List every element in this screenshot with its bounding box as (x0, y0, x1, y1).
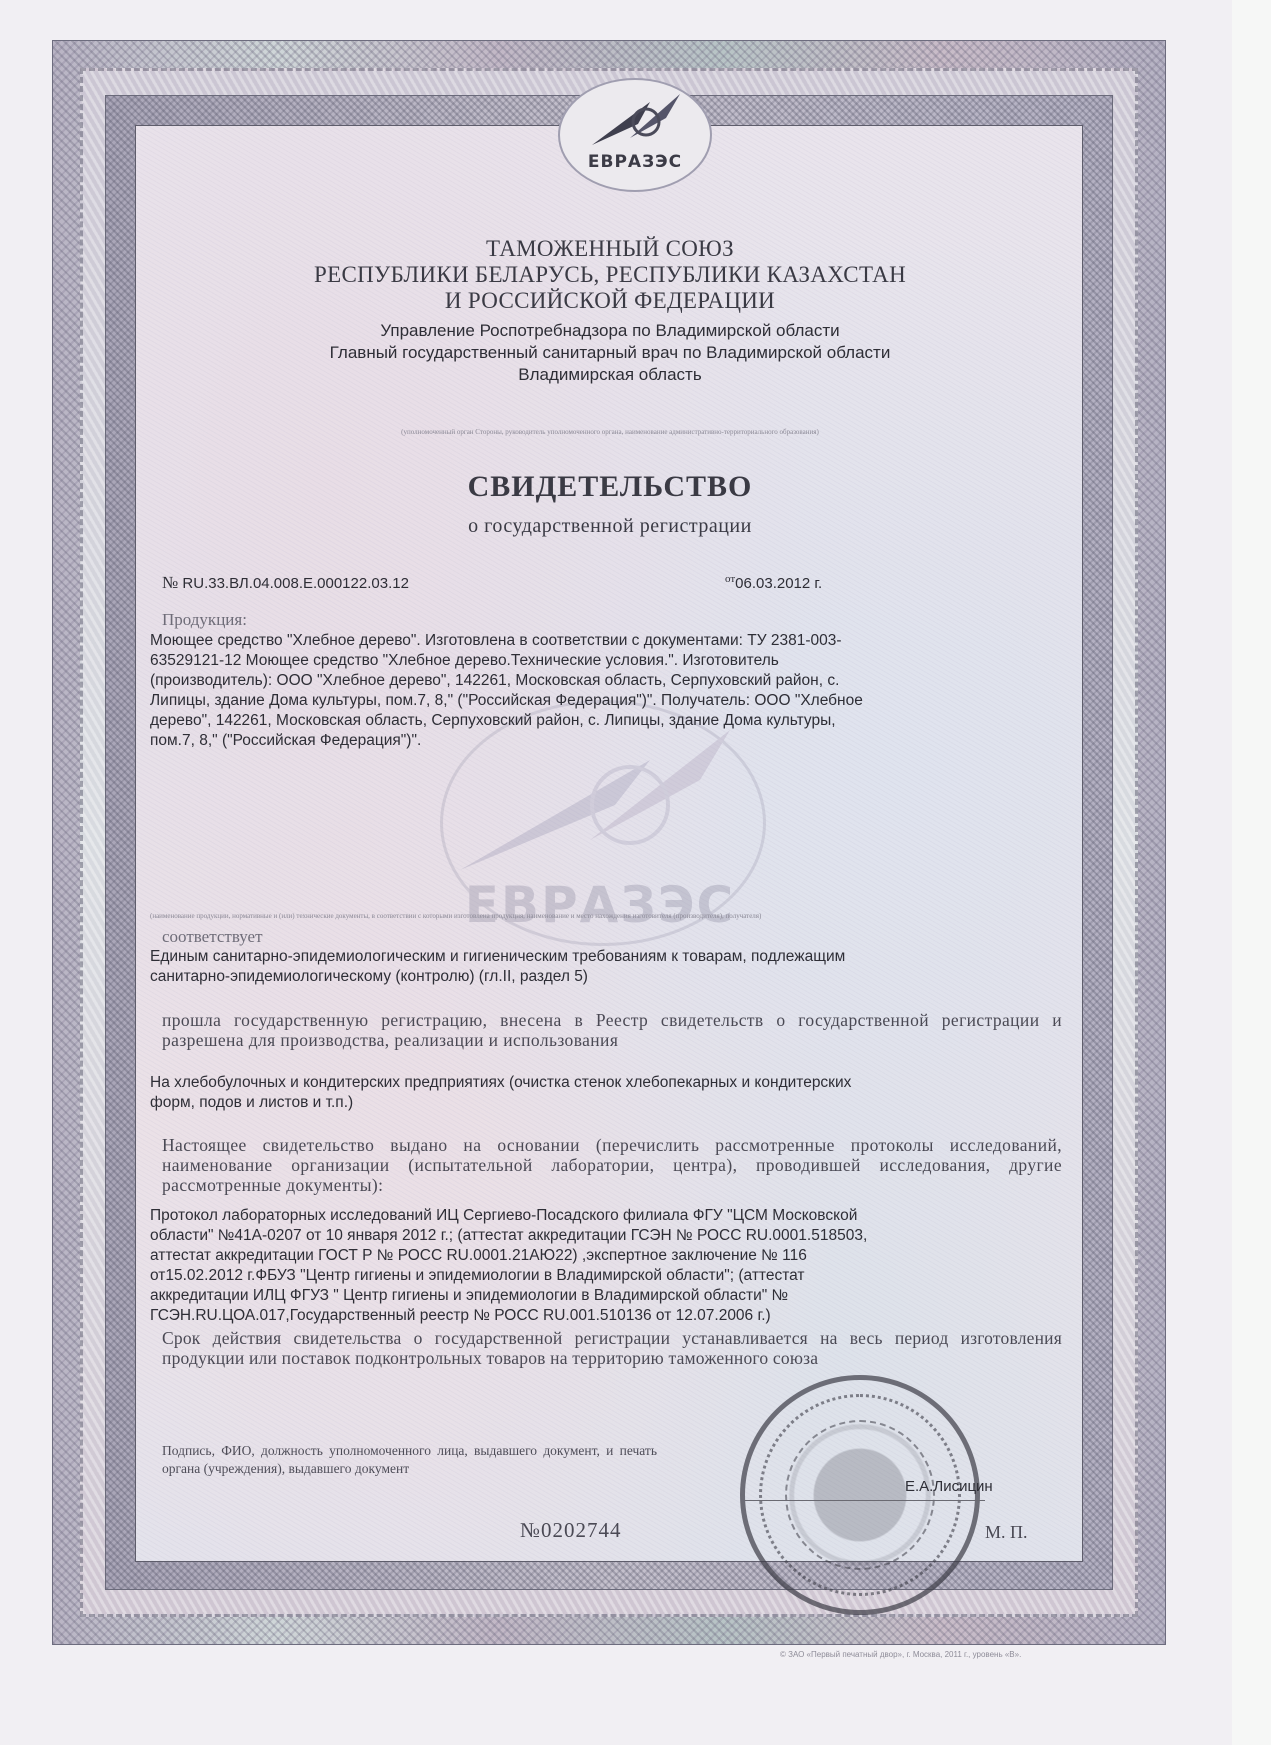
compliance-label: соответствует (162, 927, 263, 947)
usage-line: форм, подов и листов и т.п.) (150, 1093, 1080, 1113)
logo-label: ЕВРАЗЭС (560, 152, 710, 172)
authority-line: Главный государственный санитарный врач … (200, 342, 1020, 364)
signature-line (745, 1500, 985, 1501)
product-label: Продукция: (162, 610, 247, 630)
product-line: дерево", 142261, Московская область, Сер… (150, 711, 1080, 731)
product-line: пом.7, 8," ("Российская Федерация")". (150, 731, 1080, 751)
registration-date-value: 06.03.2012 г. (735, 575, 822, 592)
product-caption: (наименование продукции, нормативные и (… (150, 912, 1075, 920)
authority-line: Управление Роспотребнадзора по Владимирс… (200, 320, 1020, 342)
registration-date: от06.03.2012 г. (725, 573, 822, 592)
compliance-text: Единым санитарно-эпидемиологическим и ги… (150, 947, 1080, 987)
authority-caption: (уполномоченный орган Стороны, руководит… (230, 428, 990, 436)
certificate-title: СВИДЕТЕЛЬСТВО (200, 470, 1020, 504)
union-line: РЕСПУБЛИКИ БЕЛАРУСЬ, РЕСПУБЛИКИ КАЗАХСТА… (200, 262, 1020, 288)
basis-intro: Настоящее свидетельство выдано на основа… (162, 1135, 1062, 1195)
compliance-line: Единым санитарно-эпидемиологическим и ги… (150, 947, 1080, 967)
product-line: Моющее средство "Хлебное дерево". Изгото… (150, 631, 1080, 651)
customs-union-heading: ТАМОЖЕННЫЙ СОЮЗ РЕСПУБЛИКИ БЕЛАРУСЬ, РЕС… (200, 236, 1020, 314)
number-sign: № (162, 573, 178, 592)
certificate-subtitle: о государственной регистрации (200, 515, 1020, 538)
product-line: (производитель): ООО "Хлебное дерево", 1… (150, 671, 1080, 691)
basis-documents: Протокол лабораторных исследований ИЦ Се… (150, 1206, 1080, 1326)
printer-note: © ЗАО «Первый печатный двор», г. Москва,… (780, 1650, 1021, 1659)
authority-block: Управление Роспотребнадзора по Владимирс… (200, 320, 1020, 386)
signatory-name: Е.А.Лисицин (905, 1478, 993, 1495)
basis-line: аттестат аккредитации ГОСТ Р № РОСС RU.0… (150, 1246, 1080, 1266)
union-line: ТАМОЖЕННЫЙ СОЮЗ (200, 236, 1020, 262)
authority-line: Владимирская область (200, 364, 1020, 386)
basis-line: Протокол лабораторных исследований ИЦ Се… (150, 1206, 1080, 1226)
seal-place: М. П. (985, 1522, 1028, 1543)
signature-caption: Подпись, ФИО, должность уполномоченного … (162, 1442, 657, 1478)
eurasec-emblem-icon (588, 90, 683, 155)
page-edge (1232, 0, 1271, 1745)
form-serial-number: №0202744 (520, 1518, 622, 1543)
basis-line: от15.02.2012 г.ФБУЗ "Центр гигиены и эпи… (150, 1266, 1080, 1286)
official-seal (740, 1375, 980, 1615)
registration-number: № RU.33.ВЛ.04.008.Е.000122.03.12 (162, 573, 409, 593)
validity-statement: Срок действия свидетельства о государств… (162, 1328, 1062, 1368)
registration-number-value: RU.33.ВЛ.04.008.Е.000122.03.12 (182, 575, 409, 592)
usage-scope: На хлебобулочных и кондитерских предприя… (150, 1073, 1080, 1113)
product-line: 63529121-12 Моющее средство "Хлебное дер… (150, 651, 1080, 671)
basis-line: аккредитации ИЛЦ ФГУЗ " Центр гигиены и … (150, 1286, 1080, 1306)
product-line: Липицы, здание Дома культуры, пом.7, 8,"… (150, 691, 1080, 711)
usage-line: На хлебобулочных и кондитерских предприя… (150, 1073, 1080, 1093)
eurasec-logo: ЕВРАЗЭС (540, 70, 730, 200)
product-description: Моющее средство "Хлебное дерево". Изгото… (150, 631, 1080, 751)
registration-statement: прошла государственную регистрацию, внес… (162, 1010, 1062, 1050)
date-prefix: от (725, 573, 735, 585)
basis-line: области" №41А-0207 от 10 января 2012 г.;… (150, 1226, 1080, 1246)
compliance-line: санитарно-эпидемиологическому (контролю)… (150, 967, 1080, 987)
union-line: И РОССИЙСКОЙ ФЕДЕРАЦИИ (200, 288, 1020, 314)
logo-badge: ЕВРАЗЭС (558, 78, 712, 192)
basis-line: ГСЭН.RU.ЦОА.017,Государственный реестр №… (150, 1306, 1080, 1326)
